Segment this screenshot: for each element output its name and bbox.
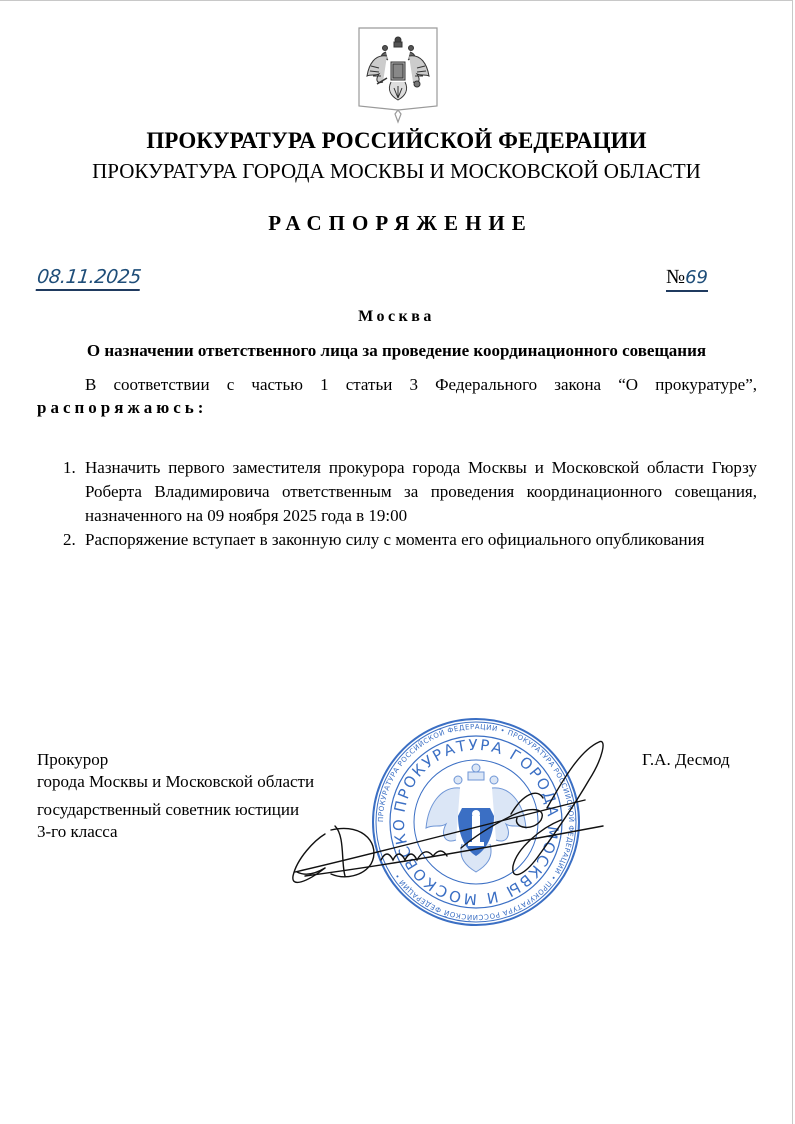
- document-number: №69: [666, 265, 708, 292]
- document-subject: О назначении ответственного лица за пров…: [0, 341, 793, 361]
- signatory-position-block: Прокурор города Москвы и Московской обла…: [37, 749, 314, 843]
- coat-of-arms-icon: [357, 26, 439, 124]
- list-item-text: Распоряжение вступает в законную силу с …: [85, 528, 757, 552]
- rank-line-2: 3-го класса: [37, 821, 314, 843]
- preamble-emphasis: распоряжаюсь:: [37, 398, 207, 417]
- rank-line-1: государственный советник юстиции: [37, 799, 314, 821]
- document-type-heading: РАСПОРЯЖЕНИЕ: [0, 211, 795, 236]
- position-line-2: города Москвы и Московской области: [37, 771, 314, 793]
- city-name: Москва: [0, 308, 793, 326]
- document-page: ПРОКУРАТУРА РОССИЙСКОЙ ФЕДЕРАЦИИ ПРОКУРА…: [0, 0, 793, 1124]
- list-item-number: 1.: [63, 456, 76, 480]
- position-line-1: Прокурор: [37, 749, 314, 771]
- list-item-text: Назначить первого заместителя прокурора …: [85, 456, 757, 528]
- number-value: 69: [685, 267, 708, 288]
- organization-title: ПРОКУРАТУРА РОССИЙСКОЙ ФЕДЕРАЦИИ: [0, 128, 793, 154]
- list-item: 1. Назначить первого заместителя прокуро…: [37, 456, 757, 528]
- preamble-text: В соответствии с частью 1 статьи 3 Федер…: [85, 375, 757, 394]
- list-item-number: 2.: [63, 528, 76, 552]
- signatory-name: Г.А. Десмод: [642, 749, 730, 771]
- preamble-paragraph: В соответствии с частью 1 статьи 3 Федер…: [37, 373, 757, 419]
- handwritten-signature-icon: [285, 736, 615, 896]
- number-sign: №: [666, 266, 685, 288]
- list-item: 2. Распоряжение вступает в законную силу…: [37, 528, 757, 552]
- organization-subtitle: ПРОКУРАТУРА ГОРОДА МОСКВЫ И МОСКОВСКОЙ О…: [0, 159, 793, 184]
- order-items-list: 1. Назначить первого заместителя прокуро…: [37, 456, 757, 552]
- document-date: 08.11.2025: [36, 265, 143, 291]
